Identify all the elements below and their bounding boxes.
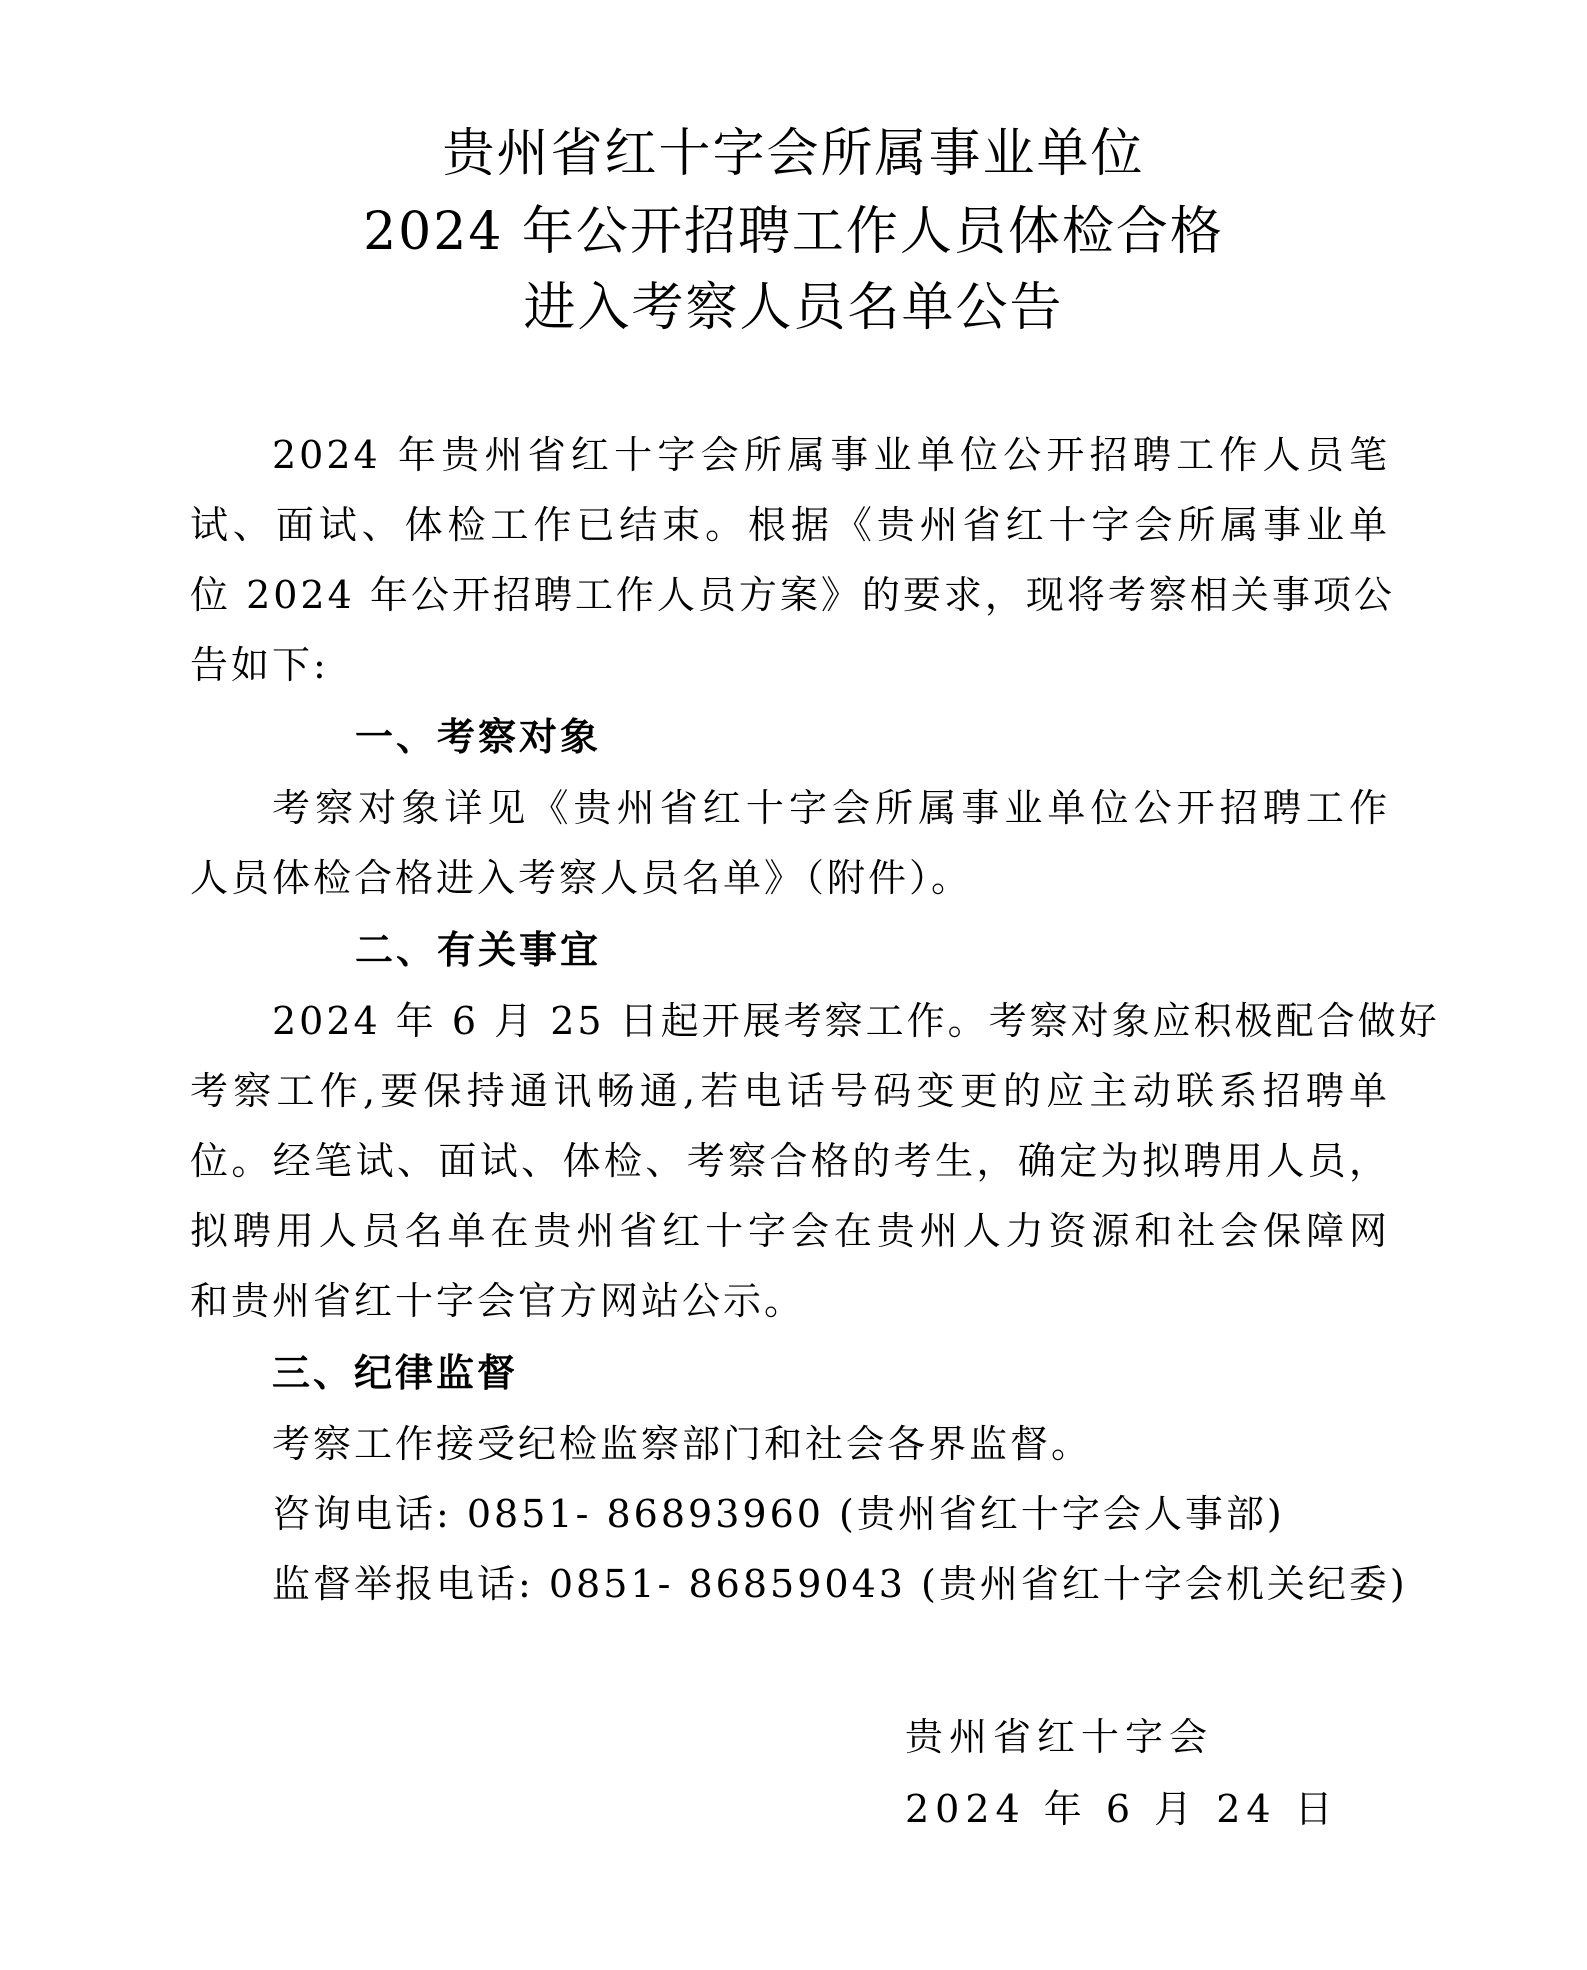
section-heading-related-matters: 二、有关事宜 — [355, 925, 601, 975]
report-phone: 监督举报电话: 0851- 86859043 (贵州省红十字会机关纪委) — [272, 1559, 1390, 1609]
signature-date: 2024 年 6 月 24 日 — [905, 1784, 1339, 1834]
section-heading-inspection-targets: 一、考察对象 — [355, 712, 601, 762]
announcement-document: 贵州省红十字会所属事业单位 2024 年公开招聘工作人员体检合格 进入考察人员名… — [0, 0, 1587, 1970]
consultation-phone: 咨询电话: 0851- 86893960 (贵州省红十字会人事部) — [272, 1489, 1390, 1539]
document-title-line-2: 2024 年公开招聘工作人员体检合格 — [0, 196, 1587, 268]
signature-organization: 贵州省红十字会 — [905, 1712, 1213, 1762]
document-title-line-1: 贵州省红十字会所属事业单位 — [0, 118, 1587, 190]
document-title-line-3: 进入考察人员名单公告 — [0, 272, 1587, 344]
section-2-line: 拟聘用人员名单在贵州省红十字会在贵州人力资源和社会保障网 — [190, 1206, 1390, 1256]
section-1-line: 人员体检合格进入考察人员名单》（附件）。 — [190, 853, 1390, 903]
section-2-line: 2024 年 6 月 25 日起开展考察工作。考察对象应积极配合做好 — [272, 996, 1390, 1046]
section-heading-discipline-supervision: 三、纪律监督 — [272, 1348, 518, 1398]
intro-paragraph-line: 告如下: — [190, 640, 1390, 690]
section-2-line: 和贵州省红十字会官方网站公示。 — [190, 1276, 1390, 1326]
intro-paragraph-line: 位 2024 年公开招聘工作人员方案》的要求，现将考察相关事项公 — [190, 570, 1390, 620]
intro-paragraph-line: 试、面试、体检工作已结束。根据《贵州省红十字会所属事业单 — [190, 500, 1390, 550]
section-2-line: 位。经笔试、面试、体检、考察合格的考生，确定为拟聘用人员， — [190, 1136, 1390, 1186]
section-2-line: 考察工作,要保持通讯畅通,若电话号码变更的应主动联系招聘单 — [190, 1066, 1390, 1116]
section-3-line: 考察工作接受纪检监察部门和社会各界监督。 — [272, 1419, 1390, 1469]
section-1-line: 考察对象详见《贵州省红十字会所属事业单位公开招聘工作 — [272, 783, 1390, 833]
intro-paragraph-line: 2024 年贵州省红十字会所属事业单位公开招聘工作人员笔 — [272, 430, 1390, 480]
